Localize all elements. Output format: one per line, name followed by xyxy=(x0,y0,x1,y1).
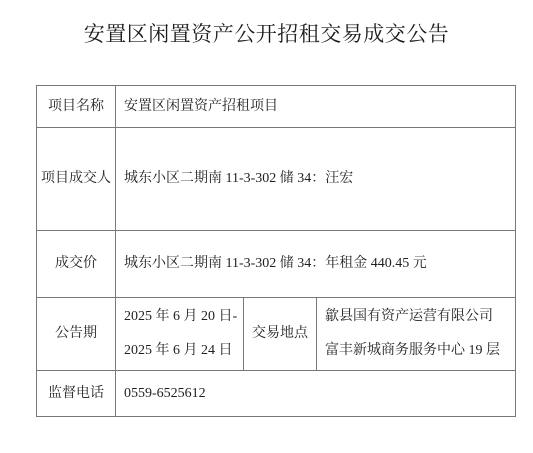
trade-location-address: 富丰新城商务服务中心 19 层 xyxy=(325,334,500,368)
label-trade-location: 交易地点 xyxy=(244,298,317,371)
label-project-name: 项目名称 xyxy=(37,86,116,128)
trade-location-company: 歙县国有资产运营有限公司 xyxy=(325,300,493,334)
value-price: 城东小区二期南 11-3-302 储 34：年租金 440.45 元 xyxy=(116,231,515,298)
label-announcement-period: 公告期 xyxy=(37,298,116,371)
announcement-period-start-date: 2025 年 6 月 20 日- xyxy=(124,300,237,334)
label-supervision-phone: 监督电话 xyxy=(37,371,116,416)
value-announcement-period: 2025 年 6 月 20 日- 2025 年 6 月 24 日 xyxy=(116,298,244,371)
announcement-document: 安置区闲置资产公开招租交易成交公告 项目名称 安置区闲置资产招租项目 项目成交人… xyxy=(0,0,533,453)
value-winner: 城东小区二期南 11-3-302 储 34：汪宏 xyxy=(116,128,515,231)
label-winner: 项目成交人 xyxy=(37,128,116,231)
value-project-name: 安置区闲置资产招租项目 xyxy=(116,86,515,128)
page-title: 安置区闲置资产公开招租交易成交公告 xyxy=(0,18,533,48)
value-supervision-phone: 0559-6525612 xyxy=(116,371,515,416)
announcement-table: 项目名称 安置区闲置资产招租项目 项目成交人 城东小区二期南 11-3-302 … xyxy=(36,85,516,417)
value-trade-location: 歙县国有资产运营有限公司 富丰新城商务服务中心 19 层 xyxy=(317,298,515,371)
label-price: 成交价 xyxy=(37,231,116,298)
announcement-period-end-date: 2025 年 6 月 24 日 xyxy=(124,334,233,368)
